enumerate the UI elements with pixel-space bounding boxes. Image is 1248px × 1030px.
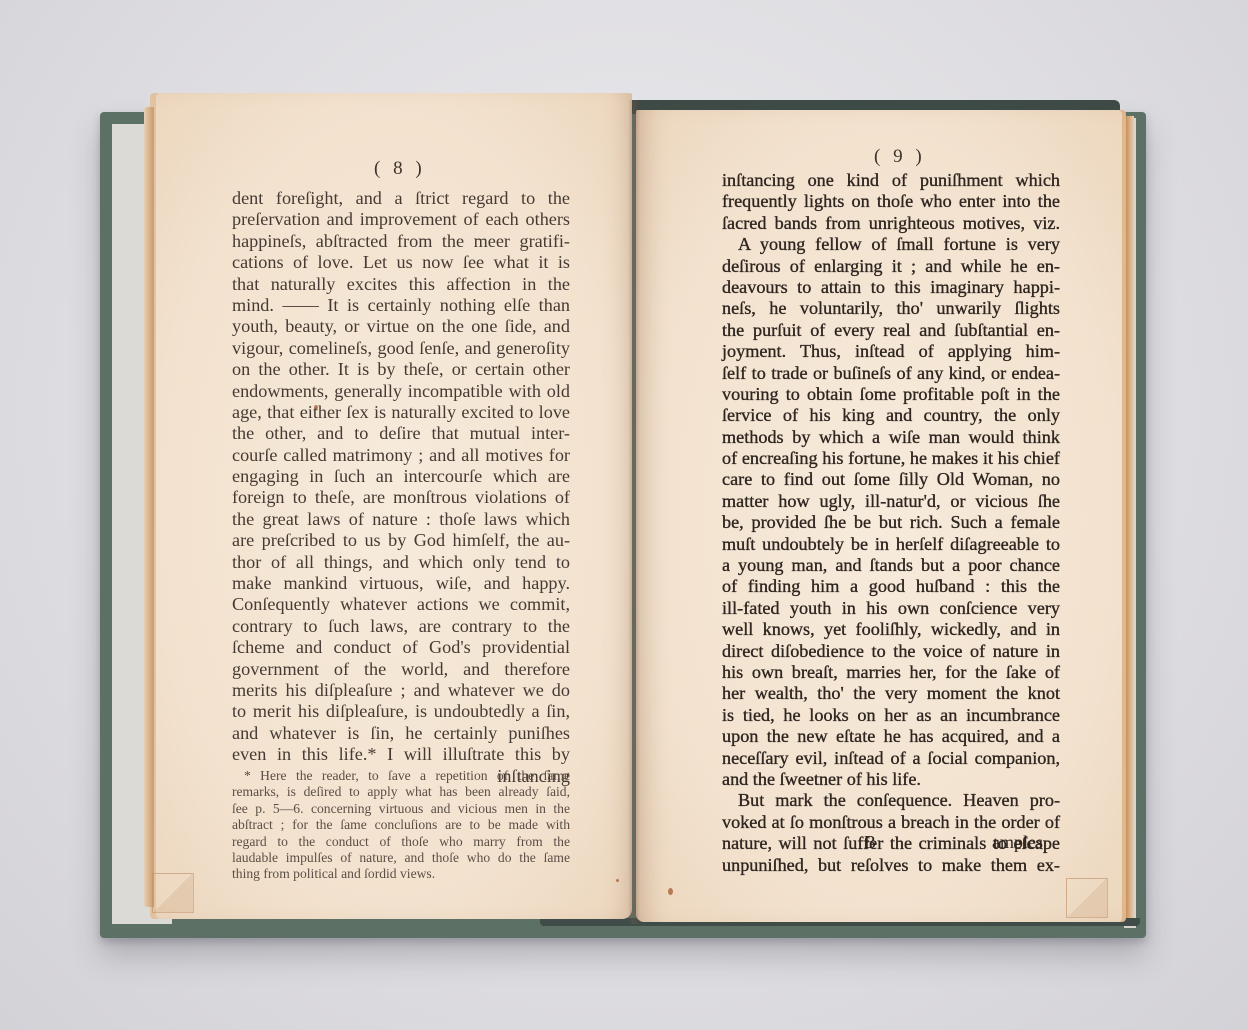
text-line: unpuniſhed, but reſolves to make them ex… [722,855,1060,876]
catchword: amples [992,832,1043,853]
text-line: is tied, he looks on her as an incumbran… [722,705,1060,726]
text-line: that naturally excites this affection in… [232,274,570,295]
footnote: * Here the reader, to ſave a repetition … [232,768,570,883]
text-line: ill-fated youth in his own conſcience ve… [722,598,1060,619]
text-line: cations of love. Let us now ſee what it … [232,252,570,273]
foxing-spot [616,879,619,882]
text-line: deavours to attain to this imaginary hap… [722,277,1060,298]
text-line: ſcheme and conduct of God's providential [232,637,570,658]
text-line: the great laws of nature : thoſe laws wh… [232,509,570,530]
text-line: vouring to obtain ſome profitable poſt i… [722,384,1060,405]
text-line: be, provided ſhe be but rich. Such a fem… [722,512,1060,533]
text-line: neſs, he voluntarily, tho' unwarily ſlig… [722,298,1060,319]
text-line: the other, and to deſire that mutual int… [232,423,570,444]
text-line: A young fellow of ſmall fortune is very [722,234,1060,255]
text-line: ſacred bands from unrighteous motives, v… [722,213,1060,234]
page-edge-stack [1126,116,1134,922]
text-line: her wealth, tho' the very moment the kno… [722,683,1060,704]
text-line: courſe called matrimony ; and all motive… [232,445,570,466]
footnote-line: remarks, is deſired to apply what has be… [232,784,570,800]
foxing-spot [668,888,673,895]
text-line: on the other. It is by theſe, or certain… [232,359,570,380]
text-line: But mark the conſequence. Heaven pro- [722,790,1060,811]
page-number: ( 8 ) [374,158,426,180]
footnote-line: ſee p. 5—6. concerning virtuous and vici… [232,801,570,817]
text-line: and the ſweetner of his life. [722,769,1060,790]
footnote-line: regard to the conduct of thoſe who marry… [232,834,570,850]
footnote-line: laudable impulſes of nature, and thoſe w… [232,850,570,866]
corner-fold [1066,878,1108,918]
text-line: ſervice of his king and country, the onl… [722,405,1060,426]
text-line: make mankind virtuous, wiſe, and happy. [232,573,570,594]
text-line: joyment. Thus, inſtead of applying him- [722,341,1060,362]
text-line: direct diſobedience to the voice of natu… [722,641,1060,662]
text-line: inſtancing one kind of puniſhment which [722,170,1060,191]
text-line: to merit his diſpleaſure, is undoubtedly… [232,701,570,722]
text-line: even in this life.* I will illuſtrate th… [232,744,570,765]
text-line: care to find out ſome ſilly Old Woman, n… [722,469,1060,490]
text-line: upon the new eſtate he has acquired, and… [722,726,1060,747]
text-line: endowments, generally incompatible with … [232,381,570,402]
text-line: ſelf to trade or buſineſs of any kind, o… [722,363,1060,384]
gutter-shadow [628,100,640,924]
corner-fold [152,873,194,913]
text-line: vigour, comelineſs, good ſenſe, and gene… [232,338,570,359]
text-line: preſervation and improvement of each oth… [232,209,570,230]
text-line: well knows, yet fooliſhly, wickedly, and… [722,619,1060,640]
text-line: happineſs, abſtracted from the meer grat… [232,231,570,252]
text-line: engaging in ſuch an intercourſe which ar… [232,466,570,487]
text-line: deſirous of enlarging it ; and while he … [722,256,1060,277]
right-page-text: inſtancing one kind of puniſhment which … [722,170,1060,876]
text-line: the purſuit of every real and ſubſtantia… [722,320,1060,341]
left-page-edge [144,107,154,907]
text-line: thor of all things, and which only tend … [232,552,570,573]
text-line: and whatever is ſin, he certainly puniſh… [232,723,570,744]
footnote-line: thing from political and ſordid views. [232,866,570,882]
text-line: of finding him a good huſband : this the [722,576,1060,597]
text-line: age, that either ſex is naturally excite… [232,402,570,423]
text-line: matter how ugly, ill-natur'd, or vicious… [722,491,1060,512]
text-line: a young man, and ſtands but a poor chanc… [722,555,1060,576]
page-number: ( 9 ) [874,146,926,168]
text-line: foreign to theſe, are monſtrous violatio… [232,487,570,508]
left-page-text: dent foreſight, and a ſtrict regard to t… [232,188,570,787]
text-line: contrary to ſuch laws, are contrary to t… [232,616,570,637]
text-line: voked at ſo monſtrous a breach in the or… [722,812,1060,833]
text-line: neceſſary evil, inſtead of a ſocial comp… [722,748,1060,769]
text-line: frequently lights on thoſe who enter int… [722,191,1060,212]
text-line: youth, beauty, or virtue on the one ſide… [232,316,570,337]
footnote-line: abſtract ; for the ſame concluſions are … [232,817,570,833]
footnote-line: * Here the reader, to ſave a repetition … [232,768,570,784]
text-line: muſt undoubtely be in herſelf diſagreeab… [722,534,1060,555]
text-line: his own breaſt, marries her, for the ſak… [722,662,1060,683]
text-line: are preſcribed to us by God himſelf, the… [232,530,570,551]
text-line: of encreaſing his fortune, he makes it h… [722,448,1060,469]
text-line: merits his diſpleaſure ; and whatever we… [232,680,570,701]
signature-mark: B [864,832,876,853]
text-line: mind. —— It is certainly nothing elſe th… [232,295,570,316]
text-line: Conſequently whatever actions we commit, [232,594,570,615]
text-line: dent foreſight, and a ſtrict regard to t… [232,188,570,209]
text-line: government of the world, and therefore [232,659,570,680]
text-line: methods by which a wiſe man would think [722,427,1060,448]
